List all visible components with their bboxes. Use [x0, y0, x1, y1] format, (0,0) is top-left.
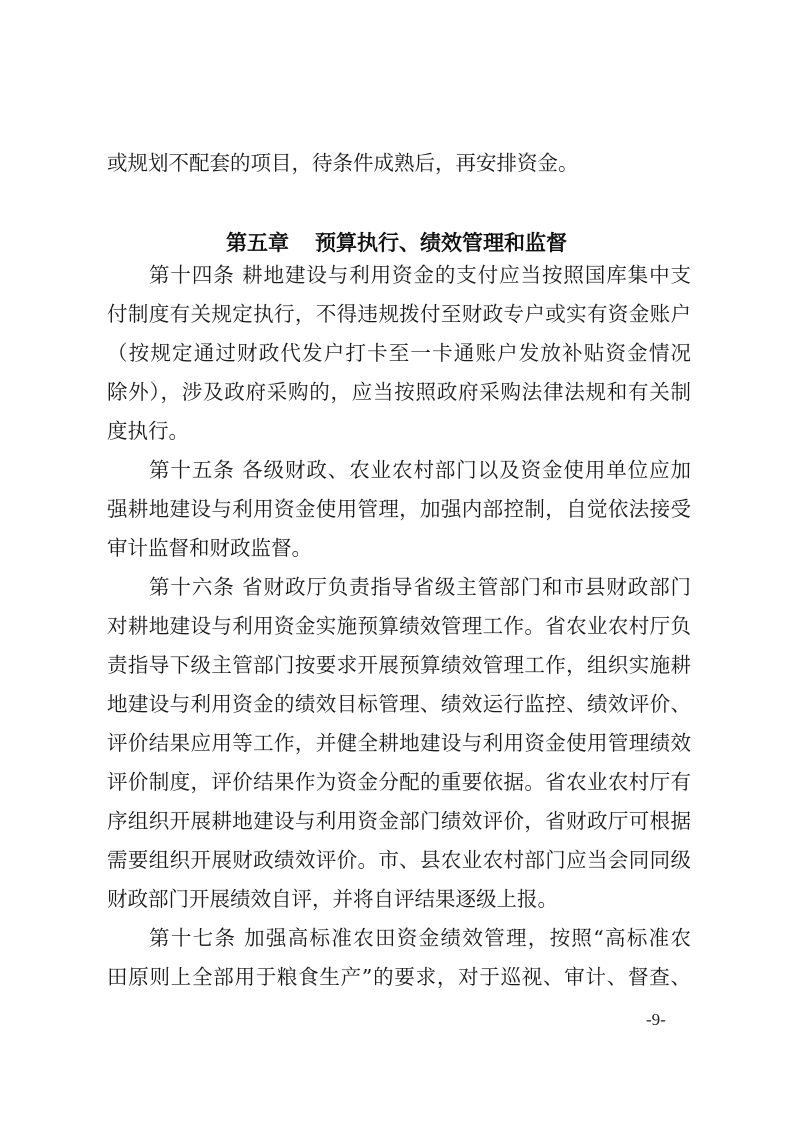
chapter-number: 第五章 [226, 231, 289, 255]
article-15-line: 第十五条 各级财政、农业农村部门以及资金使用单位应加 [149, 451, 691, 490]
article-15-line: 审计监督和财政监督。 [107, 529, 691, 568]
article-16-line: 第十六条 省财政厅负责指导省级主管部门和市县财政部门 [149, 568, 691, 607]
chapter-title: 预算执行、绩效管理和监督 [315, 231, 567, 255]
article-16-line: 评价结果应用等工作，并健全耕地建设与利用资金使用管理绩效 [107, 724, 691, 763]
page-number: -9- [646, 1010, 666, 1030]
article-16-line: 对耕地建设与利用资金实施预算绩效管理工作。省农业农村厅负 [107, 607, 691, 646]
article-14-line: 度执行。 [107, 412, 691, 451]
article-16-line: 地建设与利用资金的绩效目标管理、绩效运行监控、绩效评价、 [107, 685, 691, 724]
article-17-line: 田原则上全部用于粮食生产”的要求，对于巡视、审计、督查、 [107, 958, 691, 997]
article-16-line: 财政部门开展绩效自评，并将自评结果逐级上报。 [107, 880, 691, 919]
article-14-line: 第十四条 耕地建设与利用资金的支付应当按照国库集中支 [149, 256, 691, 295]
article-14-line: 付制度有关规定执行，不得违规拨付至财政专户或实有资金账户 [107, 295, 691, 334]
article-16-line: 序组织开展耕地建设与利用资金部门绩效评价，省财政厅可根据 [107, 802, 691, 841]
article-17-line: 第十七条 加强高标准农田资金绩效管理，按照“高标准农 [149, 919, 691, 958]
article-14-line: （按规定通过财政代发户打卡至一卡通账户发放补贴资金情况 [107, 334, 691, 373]
article-16-line: 评价制度，评价结果作为资金分配的重要依据。省农业农村厅有 [107, 763, 691, 802]
article-16-line: 需要组织开展财政绩效评价。市、县农业农村部门应当会同同级 [107, 841, 691, 880]
article-14-line: 除外），涉及政府采购的，应当按照政府采购法律法规和有关制 [107, 373, 691, 412]
article-16-line: 责指导下级主管部门按要求开展预算绩效管理工作，组织实施耕 [107, 646, 691, 685]
article-15-line: 强耕地建设与利用资金使用管理，加强内部控制，自觉依法接受 [107, 490, 691, 529]
text-line: 或规划不配套的项目，待条件成熟后，再安排资金。 [107, 144, 691, 183]
document-page: 或规划不配套的项目，待条件成熟后，再安排资金。 第五章预算执行、绩效管理和监督 … [0, 0, 793, 1122]
